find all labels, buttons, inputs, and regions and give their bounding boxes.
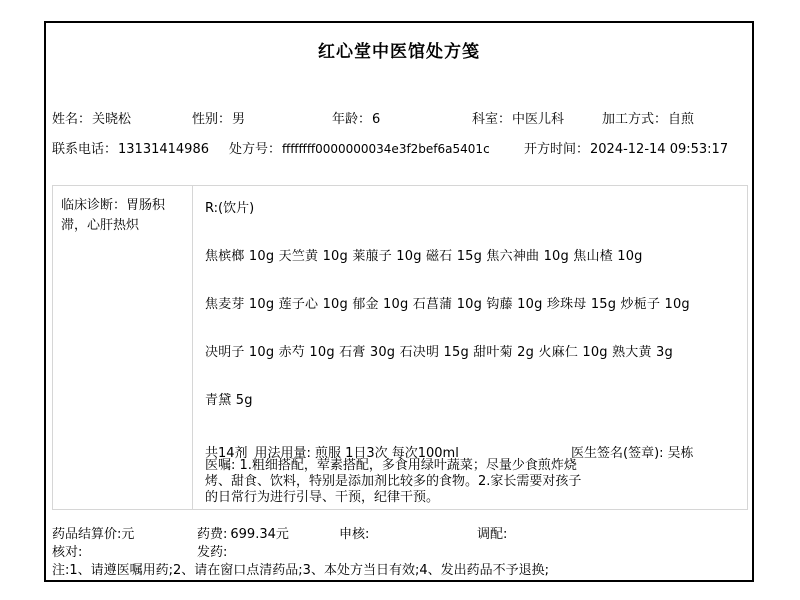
department-label: 科室：: [472, 112, 511, 127]
dispense-field: 发药:: [197, 541, 230, 560]
clinical-diagnosis: 临床诊断：胃肠积滞，心肝热炽: [53, 186, 193, 509]
processing-method-label: 加工方式：: [602, 112, 667, 127]
patient-name-label: 姓名：: [52, 112, 91, 127]
settle-price-value: 元: [121, 527, 134, 542]
review-label: 申核:: [339, 527, 369, 542]
instructions-label: 医嘱:: [205, 458, 235, 473]
patient-gender-value: 男: [232, 112, 245, 127]
processing-method-field: 加工方式：自煎: [602, 108, 694, 127]
doctor-signature-field: 医生签名(签章):吴栋: [571, 442, 694, 461]
prepare-field: 调配:: [477, 523, 510, 542]
herb-line-4: 青黛 5g: [205, 389, 253, 408]
department-field: 科室：中医儿科: [472, 108, 564, 127]
patient-name-field: 姓名：关晓松: [52, 108, 131, 127]
patient-gender-field: 性别：男: [192, 108, 245, 127]
fee-field: 药费:699.34元: [197, 523, 289, 542]
patient-age-value: 6: [372, 112, 380, 127]
rx-number-value: ffffffff0000000034e3f2bef6a5401c: [282, 142, 490, 156]
rx-time-value: 2024-12-14 09:53:17: [590, 142, 728, 157]
rx-header: R:(饮片): [205, 197, 254, 216]
prepare-label: 调配:: [477, 527, 507, 542]
review-field: 申核:: [339, 523, 372, 542]
instructions-text: 1.粗细搭配，荤素搭配，多食用绿叶蔬菜；尽量少食煎炸烧烤、甜食、饮料，特别是添加…: [205, 458, 581, 505]
phone-field: 联系电话：13131414986: [52, 138, 209, 157]
rx-number-field: 处方号：ffffffff0000000034e3f2bef6a5401c: [229, 138, 490, 157]
department-value: 中医儿科: [512, 112, 564, 127]
phone-label: 联系电话：: [52, 142, 117, 157]
page-title: 红心堂中医馆处方笺: [46, 37, 752, 62]
herb-line-1: 焦槟榔 10g 天竺黄 10g 莱菔子 10g 磁石 15g 焦六神曲 10g …: [205, 245, 643, 264]
rx-time-label: 开方时间：: [524, 142, 589, 157]
doctor-instructions: 医嘱: 1.粗细搭配，荤素搭配，多食用绿叶蔬菜；尽量少食煎炸烧烤、甜食、饮料，特…: [205, 458, 589, 506]
settle-price-field: 药品结算价:元: [52, 523, 134, 542]
check-field: 核对:: [52, 541, 85, 560]
fee-value: 699.34元: [230, 527, 289, 542]
footer-note: 注:1、请遵医嘱用药;2、请在窗口点清药品;3、本处方当日有效;4、发出药品不予…: [52, 559, 549, 578]
herb-line-3: 决明子 10g 赤芍 10g 石膏 30g 石决明 15g 甜叶菊 2g 火麻仁…: [205, 341, 673, 360]
patient-age-field: 年龄：6: [332, 108, 380, 127]
rx-number-label: 处方号：: [229, 142, 281, 157]
prescription-body: 临床诊断：胃肠积滞，心肝热炽 R:(饮片) 焦槟榔 10g 天竺黄 10g 莱菔…: [52, 185, 748, 510]
doctor-signature-value: 吴栋: [668, 446, 694, 461]
processing-method-value: 自煎: [668, 112, 694, 127]
rx-time-field: 开方时间：2024-12-14 09:53:17: [524, 138, 728, 157]
fee-label: 药费:: [197, 527, 227, 542]
patient-age-label: 年龄：: [332, 112, 371, 127]
herb-line-2: 焦麦芽 10g 莲子心 10g 郁金 10g 石菖蒲 10g 钩藤 10g 珍珠…: [205, 293, 690, 312]
patient-name-value: 关晓松: [92, 112, 131, 127]
phone-value: 13131414986: [118, 142, 209, 157]
dispense-label: 发药:: [197, 545, 227, 560]
diagnosis-label: 临床诊断：: [61, 198, 126, 213]
prescription-sheet: 红心堂中医馆处方笺 姓名：关晓松 性别：男 年龄：6 科室：中医儿科 加工方式：…: [44, 21, 754, 582]
check-label: 核对:: [52, 545, 82, 560]
patient-gender-label: 性别：: [192, 112, 231, 127]
settle-price-label: 药品结算价:: [52, 527, 121, 542]
